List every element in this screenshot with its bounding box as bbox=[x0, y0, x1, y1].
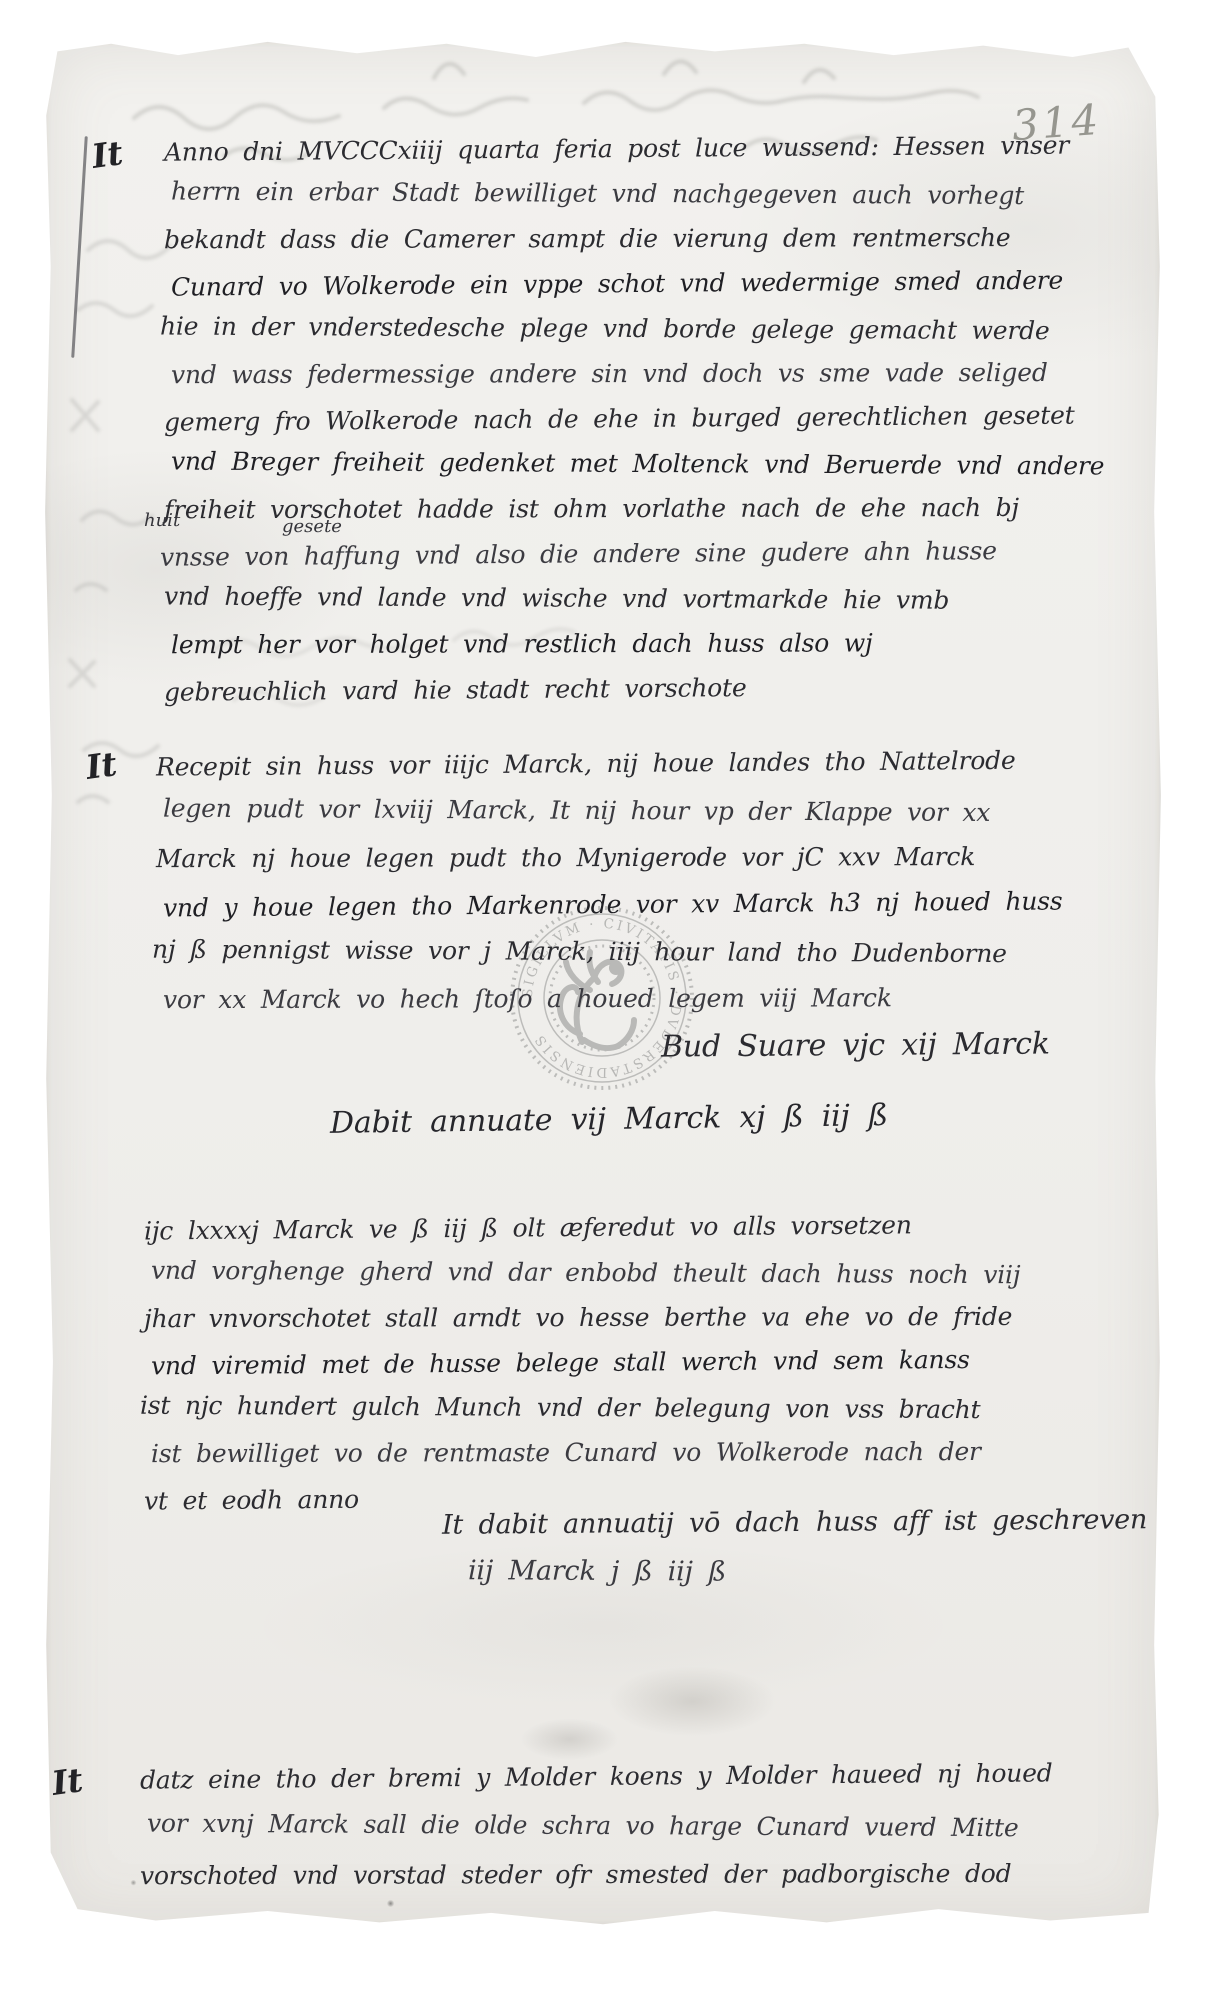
manuscript-line: Bud Suare vjc xij Marck bbox=[661, 1020, 1063, 1070]
manuscript-line: It dabit annuatij vō dach huss aff ist g… bbox=[442, 1495, 1148, 1551]
manuscript-line: vnd wass federmessige andere sin vnd doc… bbox=[171, 350, 1104, 397]
scanned-manuscript: 314 It Anno dni MVCCCxiiij quarta feria … bbox=[0, 0, 1212, 2004]
manuscript-line: gebreuchlich vard hie stadt recht vorsch… bbox=[164, 662, 1105, 714]
manuscript-line: Anno dni MVCCCxiiij quarta feria post lu… bbox=[164, 122, 1105, 174]
manuscript-line: vorschoted vnd vorstad steder ofr smeste… bbox=[140, 1849, 1053, 1900]
entry3: ijc lxxxxj Marck ve ß iij ß olt æferedut… bbox=[144, 1205, 1020, 1520]
manuscript-line: iij Marck j ß iij ß bbox=[468, 1546, 1147, 1600]
summary-line: Dabit annuate vij Marck xj ß iij ß bbox=[330, 1098, 888, 1141]
item-marker: It bbox=[83, 744, 119, 787]
item-marker: It bbox=[89, 133, 125, 176]
item-marker: It bbox=[49, 1760, 85, 1803]
manuscript-line: Recepit sin huss vor iiijc Marck, nij ho… bbox=[156, 736, 1063, 790]
manuscript-line: legen pudt vor lxviij Marck, It nij hour… bbox=[163, 785, 1063, 837]
manuscript-line: vnd Breger freiheit gedenket met Moltenc… bbox=[171, 439, 1105, 489]
manuscript-line: ist njc hundert gulch Munch vnd der bele… bbox=[140, 1383, 1021, 1433]
manuscript-line: vor xx Marck vo hech ſtoſo a houed legem… bbox=[163, 974, 1063, 1023]
manuscript-line: vnd y houe legen tho Markenrode vor xv M… bbox=[163, 877, 1063, 931]
manuscript-line: vnd hoeffe vnd lande vnd wische vnd vort… bbox=[164, 574, 1105, 624]
manuscript-line: bekandt dass die Camerer sampt die vieru… bbox=[164, 215, 1104, 262]
manuscript-line: herrn ein erbar Stadt bewilliget vnd nac… bbox=[171, 169, 1105, 219]
manuscript-line: Cunard vo Wolkerode ein vppe schot vnd w… bbox=[171, 257, 1105, 309]
entry4: datz eine tho der bremi y Molder koens y… bbox=[140, 1752, 1053, 1899]
manuscript-line: hie in der vnderstedesche plege vnd bord… bbox=[160, 304, 1105, 354]
interlinear-insertion: gesete bbox=[282, 516, 342, 537]
manuscript-line: nj ß pennigst wisse vor j Marck, iiij ho… bbox=[152, 926, 1063, 978]
manuscript-page: 314 It Anno dni MVCCCxiiij quarta feria … bbox=[44, 40, 1162, 1928]
manuscript-line: Marck nj houe legen pudt tho Mynigerode … bbox=[156, 833, 1063, 882]
manuscript-line: lempt her vor holget vnd restlich dach h… bbox=[171, 620, 1104, 667]
manuscript-line: ijc lxxxxj Marck ve ß iij ß olt æferedut… bbox=[144, 1202, 1021, 1254]
manuscript-line: datz eine tho der bremi y Molder koens y… bbox=[140, 1748, 1053, 1804]
manuscript-line: gemerg fro Wolkerode nach de ehe in burg… bbox=[164, 392, 1105, 444]
manuscript-line: vor xvnj Marck sall die olde schra vo ha… bbox=[147, 1799, 1053, 1853]
manuscript-line: jhar vnvorschotet stall arndt vo hesse b… bbox=[144, 1294, 1021, 1341]
entry1: Anno dni MVCCCxiiij quarta feria post lu… bbox=[164, 126, 1104, 711]
manuscript-line: vnd viremid met de husse belege stall we… bbox=[151, 1337, 1021, 1389]
interlinear-insertion: huit bbox=[144, 510, 180, 531]
manuscript-line: ist bewilliget vo de rentmaste Cunard vo… bbox=[151, 1429, 1021, 1476]
annual-note: It dabit annuatij vō dach huss aff ist g… bbox=[442, 1498, 1147, 1598]
manuscript-line: vnd vorghenge gherd vnd dar enbobd theul… bbox=[151, 1248, 1021, 1298]
entry2: Recepit sin huss vor iiijc Marck, nij ho… bbox=[156, 740, 1062, 1069]
